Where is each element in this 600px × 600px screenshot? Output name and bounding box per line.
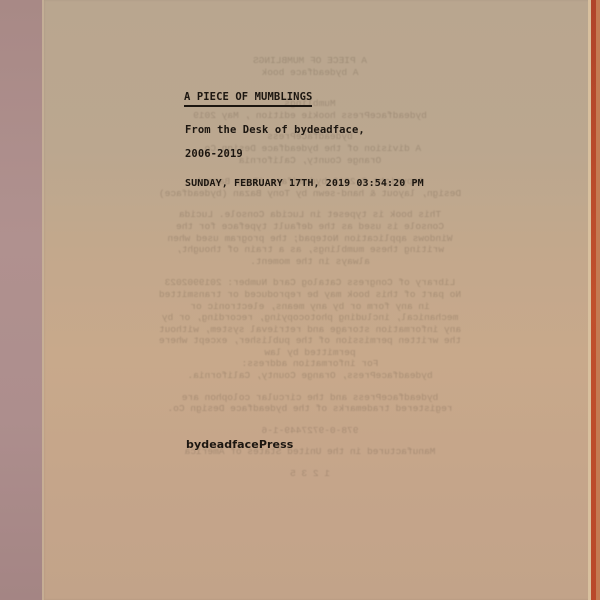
bleed-line: in any form or by any means, electronic …: [150, 301, 470, 313]
bleed-line: A bydeadface book: [150, 67, 470, 79]
bleed-line: [150, 166, 470, 176]
bleed-line: writing these mumblings, as a train of t…: [150, 244, 470, 256]
bleed-line: A PIECE OF MUMBLINGS: [150, 55, 470, 67]
page-left-edge: [42, 0, 44, 600]
byline: From the Desk of bydeadface,: [185, 124, 365, 136]
bleed-line: [150, 382, 470, 392]
bleed-line: permitted by law: [150, 347, 470, 359]
bleed-line: [150, 267, 470, 277]
bleed-line: For information address:: [150, 358, 470, 370]
bleed-line: [150, 415, 470, 425]
bleed-line: bydeadfacePress, Orange County, Californ…: [150, 370, 470, 382]
bleed-line: Windows application Notepad; the program…: [150, 233, 470, 245]
bleed-line: Design, layout & hand-sewn by Tony Bazan…: [150, 188, 470, 200]
bleed-line: the written permission of the publisher,…: [150, 335, 470, 347]
bleed-line: [150, 78, 470, 88]
bleed-through-text: A PIECE OF MUMBLINGSA bydeadface bookMum…: [150, 55, 470, 480]
bleed-line: 978-0-9727449-1-6: [150, 425, 470, 437]
bleed-line: This book is typeset in Lucida Console. …: [150, 209, 470, 221]
bleed-line: Library of Congress Catalog Card Number:…: [150, 277, 470, 289]
bleed-line: bydeadfacePress and the circular colopho…: [150, 392, 470, 404]
timestamp: SUNDAY, FEBRUARY 17TH, 2019 03:54:20 PM: [185, 178, 424, 189]
bleed-line: registered trademarks of the bydeadface …: [150, 403, 470, 415]
bleed-line: Console is used as the default typeface …: [150, 221, 470, 233]
background-fabric: [0, 0, 46, 600]
publisher-name: bydeadfacePress: [186, 438, 293, 451]
bleed-line: 1 2 3 5: [150, 468, 470, 480]
year-range: 2006-2019: [185, 148, 243, 160]
bleed-line: mechanical, including photocopying, reco…: [150, 312, 470, 324]
bleed-line: always in the moment.: [150, 256, 470, 268]
book-back-edge: [596, 0, 600, 600]
bleed-line: bydeadfacePress hookie edition , May 201…: [150, 110, 470, 122]
document-title: A PIECE OF MUMBLINGS: [184, 91, 312, 107]
bleed-line: [150, 199, 470, 209]
bleed-line: any information storage and retrieval sy…: [150, 324, 470, 336]
bleed-line: [150, 458, 470, 468]
bleed-line: No part of this book may be reproduced o…: [150, 289, 470, 301]
